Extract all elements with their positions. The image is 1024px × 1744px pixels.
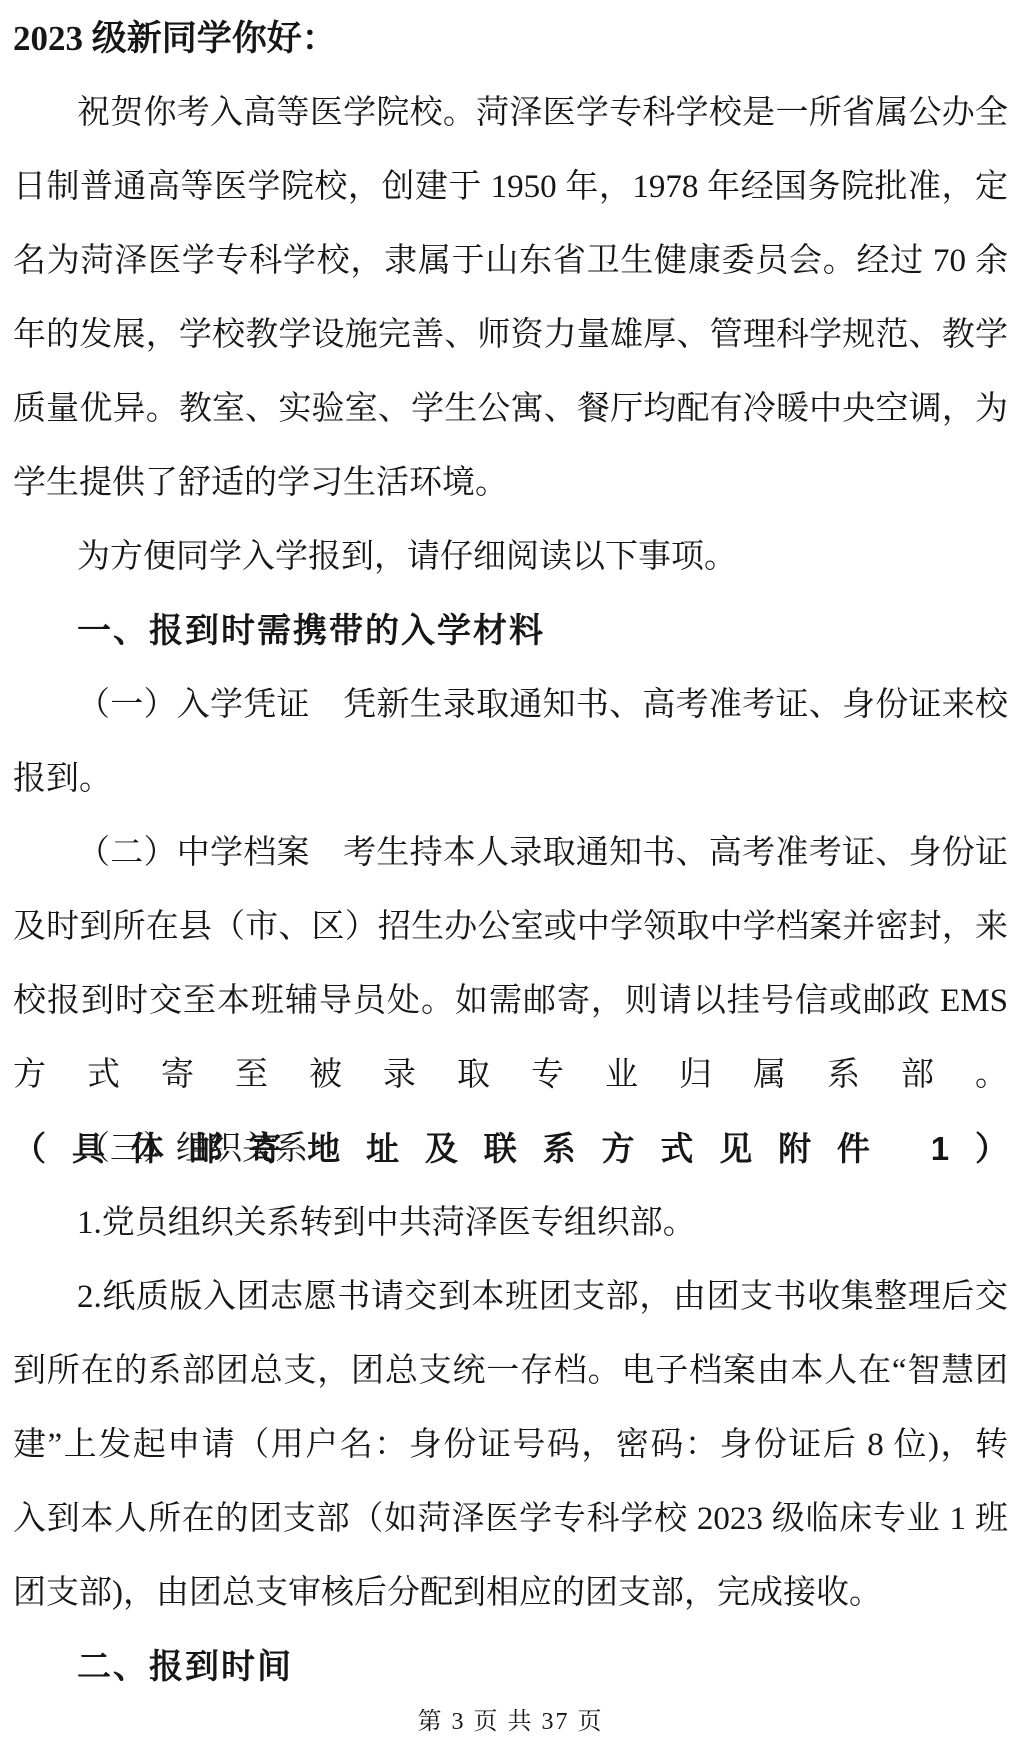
text-line: （二）中学档案 考生持本人录取通知书、高考准考证、身份证	[13, 816, 1008, 890]
text-line: 日制普通高等医学院校，创建于 1950 年，1978 年经国务院批准，定	[13, 150, 1008, 224]
text-line: 入到本人所在的团支部（如菏泽医学专科学校 2023 级临床专业 1 班	[13, 1482, 1008, 1556]
text-line: 团支部)，由团总支审核后分配到相应的团支部，完成接收。	[13, 1556, 1008, 1630]
document-page: 2023 级新同学你好： 祝贺你考入高等医学院校。菏泽医学专科学校是一所省属公办…	[0, 0, 1024, 1744]
list-item-2: 2.纸质版入团志愿书请交到本班团支部，由团支书收集整理后交	[13, 1260, 1008, 1334]
page-number: 第 3 页 共 37 页	[13, 1704, 1008, 1740]
text-line: 祝贺你考入高等医学院校。菏泽医学专科学校是一所省属公办全	[13, 76, 1008, 150]
text-line: （一）入学凭证 凭新生录取通知书、高考准考证、身份证来校	[13, 668, 1008, 742]
text-line: 学生提供了舒适的学习生活环境。	[13, 446, 1008, 520]
text-line: 校报到时交至本班辅导员处。如需邮寄，则请以挂号信或邮政 EMS	[13, 964, 1008, 1038]
text-line: 报到。	[13, 742, 1008, 816]
text-line: 到所在的系部团总支，团总支统一存档。电子档案由本人在“智慧团	[13, 1334, 1008, 1408]
section-heading-1: 一、报到时需携带的入学材料	[13, 594, 1008, 668]
text-segment: 方式寄至被录取专业归属系部。	[13, 1057, 1008, 1093]
text-line: 建”上发起申请（用户名：身份证号码，密码：身份证后 8 位)，转	[13, 1408, 1008, 1482]
text-line: 名为菏泽医学专科学校，隶属于山东省卫生健康委员会。经过 70 余	[13, 224, 1008, 298]
text-line-mixed: 方式寄至被录取专业归属系部。（具体邮寄地址及联系方式见附件 1）	[13, 1038, 1008, 1112]
text-line: 及时到所在县（市、区）招生办公室或中学领取中学档案并密封，来	[13, 890, 1008, 964]
text-line: 年的发展，学校教学设施完善、师资力量雄厚、管理科学规范、教学	[13, 298, 1008, 372]
list-item-1: 1.党员组织关系转到中共菏泽医专组织部。	[13, 1186, 1008, 1260]
section-heading-2: 二、报到时间	[13, 1630, 1008, 1704]
text-line: 质量优异。教室、实验室、学生公寓、餐厅均配有冷暖中央空调，为	[13, 372, 1008, 446]
page-title: 2023 级新同学你好：	[13, 2, 1008, 76]
text-line: 为方便同学入学报到，请仔细阅读以下事项。	[13, 520, 1008, 594]
